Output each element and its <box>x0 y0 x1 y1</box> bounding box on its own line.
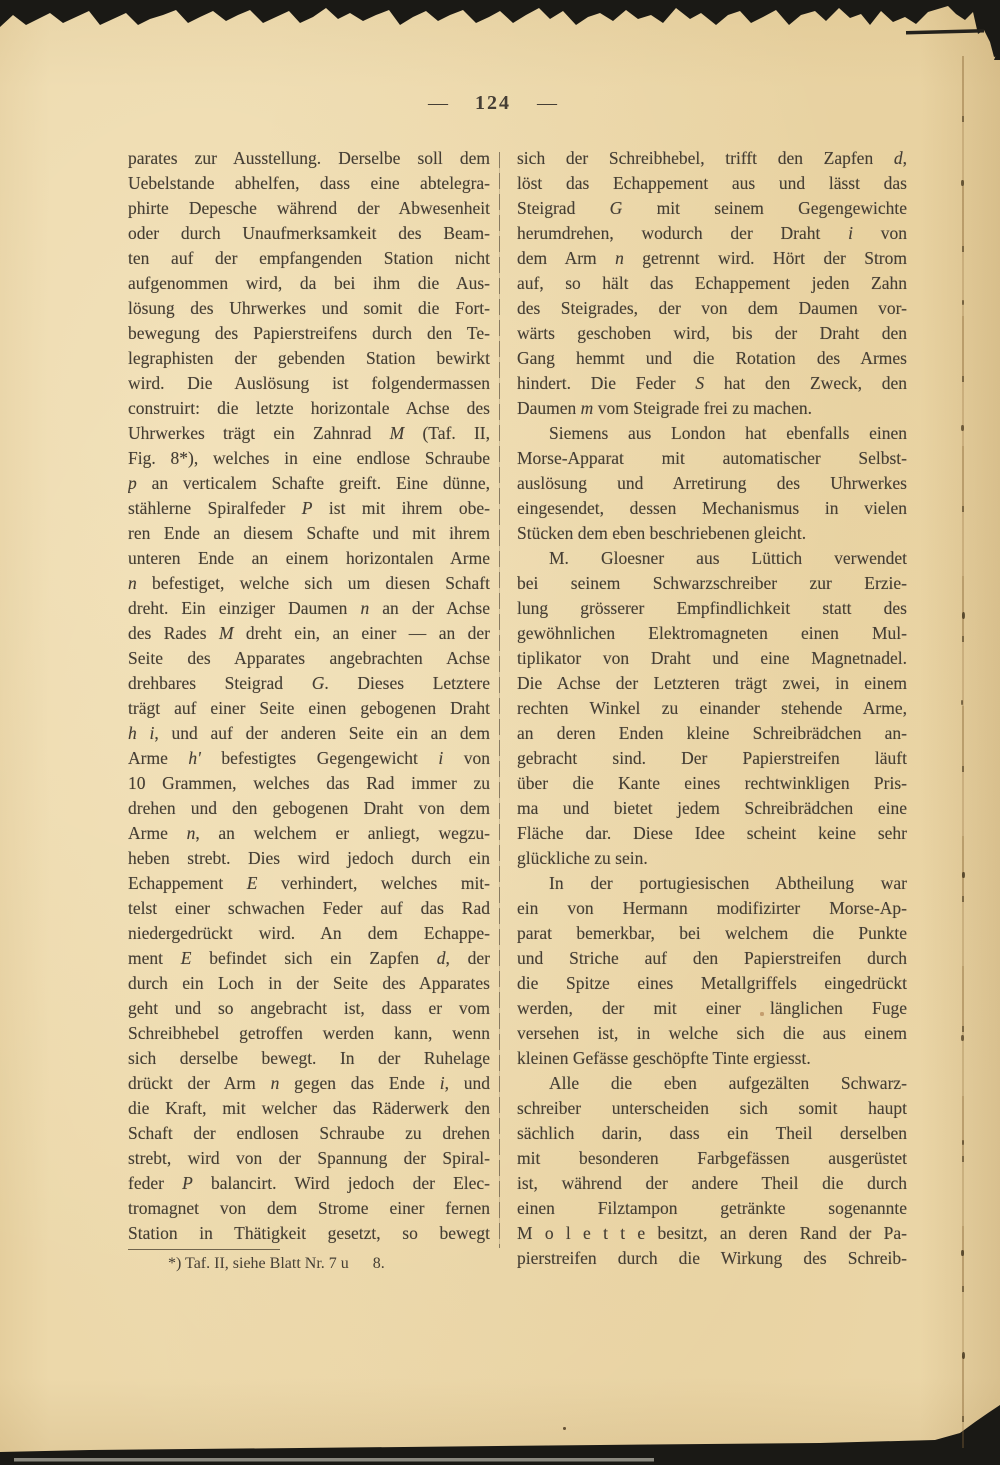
text-line: parat bemerkbar, bei welchem die Punkte <box>517 921 907 946</box>
text-line: gebracht sind. Der Papierstreifen läuft <box>517 746 907 771</box>
text-line: Schaft der endlosen Schraube zu drehen <box>128 1121 490 1146</box>
text-line: die Kraft, mit welcher das Räderwerk den <box>128 1096 490 1121</box>
text-line: ma und bietet jedem Schreibrädchen eine <box>517 796 907 821</box>
text-line: drückt der Arm n gegen das Ende i, und <box>128 1071 490 1096</box>
text-line: Morse-Apparat mit automatischer Selbst- <box>517 446 907 471</box>
text-line: geht und so angebracht ist, dass er vom <box>128 996 490 1021</box>
text-line: pierstreifen durch die Wirkung des Schre… <box>517 1246 907 1271</box>
text-line: Arme h' befestigtes Gegengewicht i von <box>128 746 490 771</box>
page-crease <box>962 56 964 1448</box>
text-line: ein von Hermann modifizirter Morse-Ap- <box>517 896 907 921</box>
text-line: Gang hemmt und die Rotation des Armes <box>517 346 907 371</box>
text-line: ist, während der andere Theil die durch <box>517 1171 907 1196</box>
text-line: Alle die eben aufgezälten Schwarz- <box>517 1071 907 1096</box>
text-line: löst das Echappement aus und lässt das <box>517 171 907 196</box>
text-line: Arme n, an welchem er anliegt, wegzu- <box>128 821 490 846</box>
text-line: drehen und den gebogenen Draht von dem <box>128 796 490 821</box>
text-line: über die Kante eines rechtwinkligen Pris… <box>517 771 907 796</box>
paper-speck <box>961 1250 964 1256</box>
text-line: glückliche zu sein. <box>517 846 907 871</box>
text-line: schreiber unterscheiden sich somit haupt <box>517 1096 907 1121</box>
text-line: strebt, wird von der Spannung der Spiral… <box>128 1146 490 1171</box>
header-dash-left: — <box>428 92 449 115</box>
text-line: bewegung des Papierstreifens durch den T… <box>128 321 490 346</box>
text-line: kleinen Gefässe geschöpfte Tinte ergiess… <box>517 1046 907 1071</box>
text-line: und Striche auf den Papierstreifen durch <box>517 946 907 971</box>
text-line: Station in Thätigkeit gesetzt, so bewegt <box>128 1221 490 1246</box>
footnote-text: *) Taf. II, siehe Blatt Nr. 7 u 8. <box>128 1253 490 1275</box>
scanned-book-page: — 124 — parates zur Ausstellung. Derselb… <box>0 0 1000 1465</box>
text-line: sich derselbe bewegt. In der Ruhelage <box>128 1046 490 1071</box>
text-line: hindert. Die Feder S hat den Zweck, den <box>517 371 907 396</box>
text-line: heben strebt. Dies wird jedoch durch ein <box>128 846 490 871</box>
text-line: die Spitze eines Metallgriffels eingedrü… <box>517 971 907 996</box>
text-line: Fig. 8*), welches in eine endlose Schrau… <box>128 446 490 471</box>
text-line: ren Ende an diesem Schafte und mit ihrem <box>128 521 490 546</box>
text-line: feder P balancirt. Wird jedoch der Elec- <box>128 1171 490 1196</box>
text-line: aufgenommen wird, da bei ihm die Aus- <box>128 271 490 296</box>
text-line: sächlich darin, dass ein Theil derselben <box>517 1121 907 1146</box>
text-line: niedergedrückt wird. An dem Echappe- <box>128 921 490 946</box>
text-line: lung grösserer Empfindlichkeit statt des <box>517 596 907 621</box>
text-line: trägt auf einer Seite einen gebogenen Dr… <box>128 696 490 721</box>
text-line: sich der Schreibhebel, trifft den Zapfen… <box>517 146 907 171</box>
header-dash-right: — <box>537 92 558 115</box>
paper-speck <box>563 1427 566 1430</box>
text-line: auf, so hält das Echappement jeden Zahn <box>517 271 907 296</box>
text-line: mit besonderen Farbgefässen ausgerüstet <box>517 1146 907 1171</box>
paper-speck <box>962 1140 964 1145</box>
paper-speck <box>961 1035 964 1041</box>
text-line: In der portugiesischen Abtheilung war <box>517 871 907 896</box>
text-line: Stücken dem eben beschriebenen gleicht. <box>517 521 907 546</box>
text-line: Schreibhebel getroffen werden kann, wenn <box>128 1021 490 1046</box>
text-line: M. Gloesner aus Lüttich verwendet <box>517 546 907 571</box>
text-line: einen Filztampon getränkte sogenannte <box>517 1196 907 1221</box>
paper-speck <box>760 1012 764 1016</box>
text-line: phirte Depesche während der Abwesenheit <box>128 196 490 221</box>
text-line: Uebelstande abhelfen, dass eine abtelegr… <box>128 171 490 196</box>
paper-speck <box>962 612 965 619</box>
torn-paper-edge-bottom <box>0 1395 1000 1465</box>
text-line: Seite des Apparates angebrachten Achse <box>128 646 490 671</box>
text-line: Echappement E verhindert, welches mit- <box>128 871 490 896</box>
paper-speck <box>961 180 964 186</box>
text-line: telst einer schwachen Feder auf das Rad <box>128 896 490 921</box>
text-line: 10 Grammen, welches das Rad immer zu <box>128 771 490 796</box>
page-number: 124 <box>475 92 511 115</box>
text-line: wird. Die Auslösung ist folgendermassen <box>128 371 490 396</box>
text-line: ment E befindet sich ein Zapfen d, der <box>128 946 490 971</box>
paper-speck <box>961 700 963 705</box>
text-line: des Rades M dreht ein, an einer — an der <box>128 621 490 646</box>
footnote-rule <box>128 1249 280 1250</box>
text-line: eingesendet, dessen Mechanismus in viele… <box>517 496 907 521</box>
text-line: parates zur Ausstellung. Derselbe soll d… <box>128 146 490 171</box>
right-text-column: sich der Schreibhebel, trifft den Zapfen… <box>517 146 907 1271</box>
text-line: durch ein Loch in der Seite des Apparate… <box>128 971 490 996</box>
paper-speck <box>962 872 965 878</box>
page-header: — 124 — <box>0 92 986 115</box>
torn-paper-edge-top <box>0 0 1000 60</box>
text-line: auslösung und Arretirung des Uhrwerkes <box>517 471 907 496</box>
paper-speck <box>962 300 964 305</box>
footnote: *) Taf. II, siehe Blatt Nr. 7 u 8. <box>128 1249 490 1275</box>
text-line: dreht. Ein einziger Daumen n an der Achs… <box>128 596 490 621</box>
text-line: rechten Winkel zu einander stehende Arme… <box>517 696 907 721</box>
text-line: lösung des Uhrwerkes und somit die Fort- <box>128 296 490 321</box>
text-line: gewöhnlichen Elektromagneten einen Mul- <box>517 621 907 646</box>
text-line: tiplikator von Draht und eine Magnetnade… <box>517 646 907 671</box>
text-line: Daumen m vom Steigrade frei zu machen. <box>517 396 907 421</box>
text-line: Steigrad G mit seinem Gegengewichte <box>517 196 907 221</box>
text-line: Die Achse der Letzteren trägt zwei, in e… <box>517 671 907 696</box>
text-line: wärts geschoben wird, bis der Draht den <box>517 321 907 346</box>
left-text-column: parates zur Ausstellung. Derselbe soll d… <box>128 146 490 1246</box>
text-line: Siemens aus London hat ebenfalls einen <box>517 421 907 446</box>
text-line: tromagnet von dem Strome einer fernen <box>128 1196 490 1221</box>
text-line: ten auf der empfangenden Station nicht <box>128 246 490 271</box>
text-line: h i, und auf der anderen Seite ein an de… <box>128 721 490 746</box>
paper-speck <box>961 425 964 431</box>
text-line: dem Arm n getrennt wird. Hört der Strom <box>517 246 907 271</box>
text-line: stählerne Spiralfeder P ist mit ihrem ob… <box>128 496 490 521</box>
text-line: versehen ist, in welche sich die aus ein… <box>517 1021 907 1046</box>
text-line: des Steigrades, der von dem Daumen vor- <box>517 296 907 321</box>
text-line: herumdrehen, wodurch der Draht i von <box>517 221 907 246</box>
text-line: oder durch Unaufmerksamkeit des Beam- <box>128 221 490 246</box>
paper-speck <box>286 536 291 540</box>
text-line: drehbares Steigrad G. Dieses Letztere <box>128 671 490 696</box>
text-line: Uhrwerkes trägt ein Zahnrad M (Taf. II, <box>128 421 490 446</box>
text-line: construirt: die letzte horizontale Achse… <box>128 396 490 421</box>
text-line: werden, der mit einer länglichen Fuge <box>517 996 907 1021</box>
text-line: Fläche dar. Diese Idee scheint keine seh… <box>517 821 907 846</box>
text-line: bei seinem Schwarzschreiber zur Erzie- <box>517 571 907 596</box>
paper-speck <box>962 1352 965 1359</box>
column-divider-rule <box>499 152 500 1248</box>
text-line: an deren Enden kleine Schreibrädchen an- <box>517 721 907 746</box>
text-line: M o l e t t e besitzt, an deren Rand der… <box>517 1221 907 1246</box>
text-line: legraphisten der gebenden Station bewirk… <box>128 346 490 371</box>
text-line: unteren Ende an einem horizontalen Arme <box>128 546 490 571</box>
text-line: p an verticalem Schafte greift. Eine dün… <box>128 471 490 496</box>
text-line: n befestiget, welche sich um diesen Scha… <box>128 571 490 596</box>
